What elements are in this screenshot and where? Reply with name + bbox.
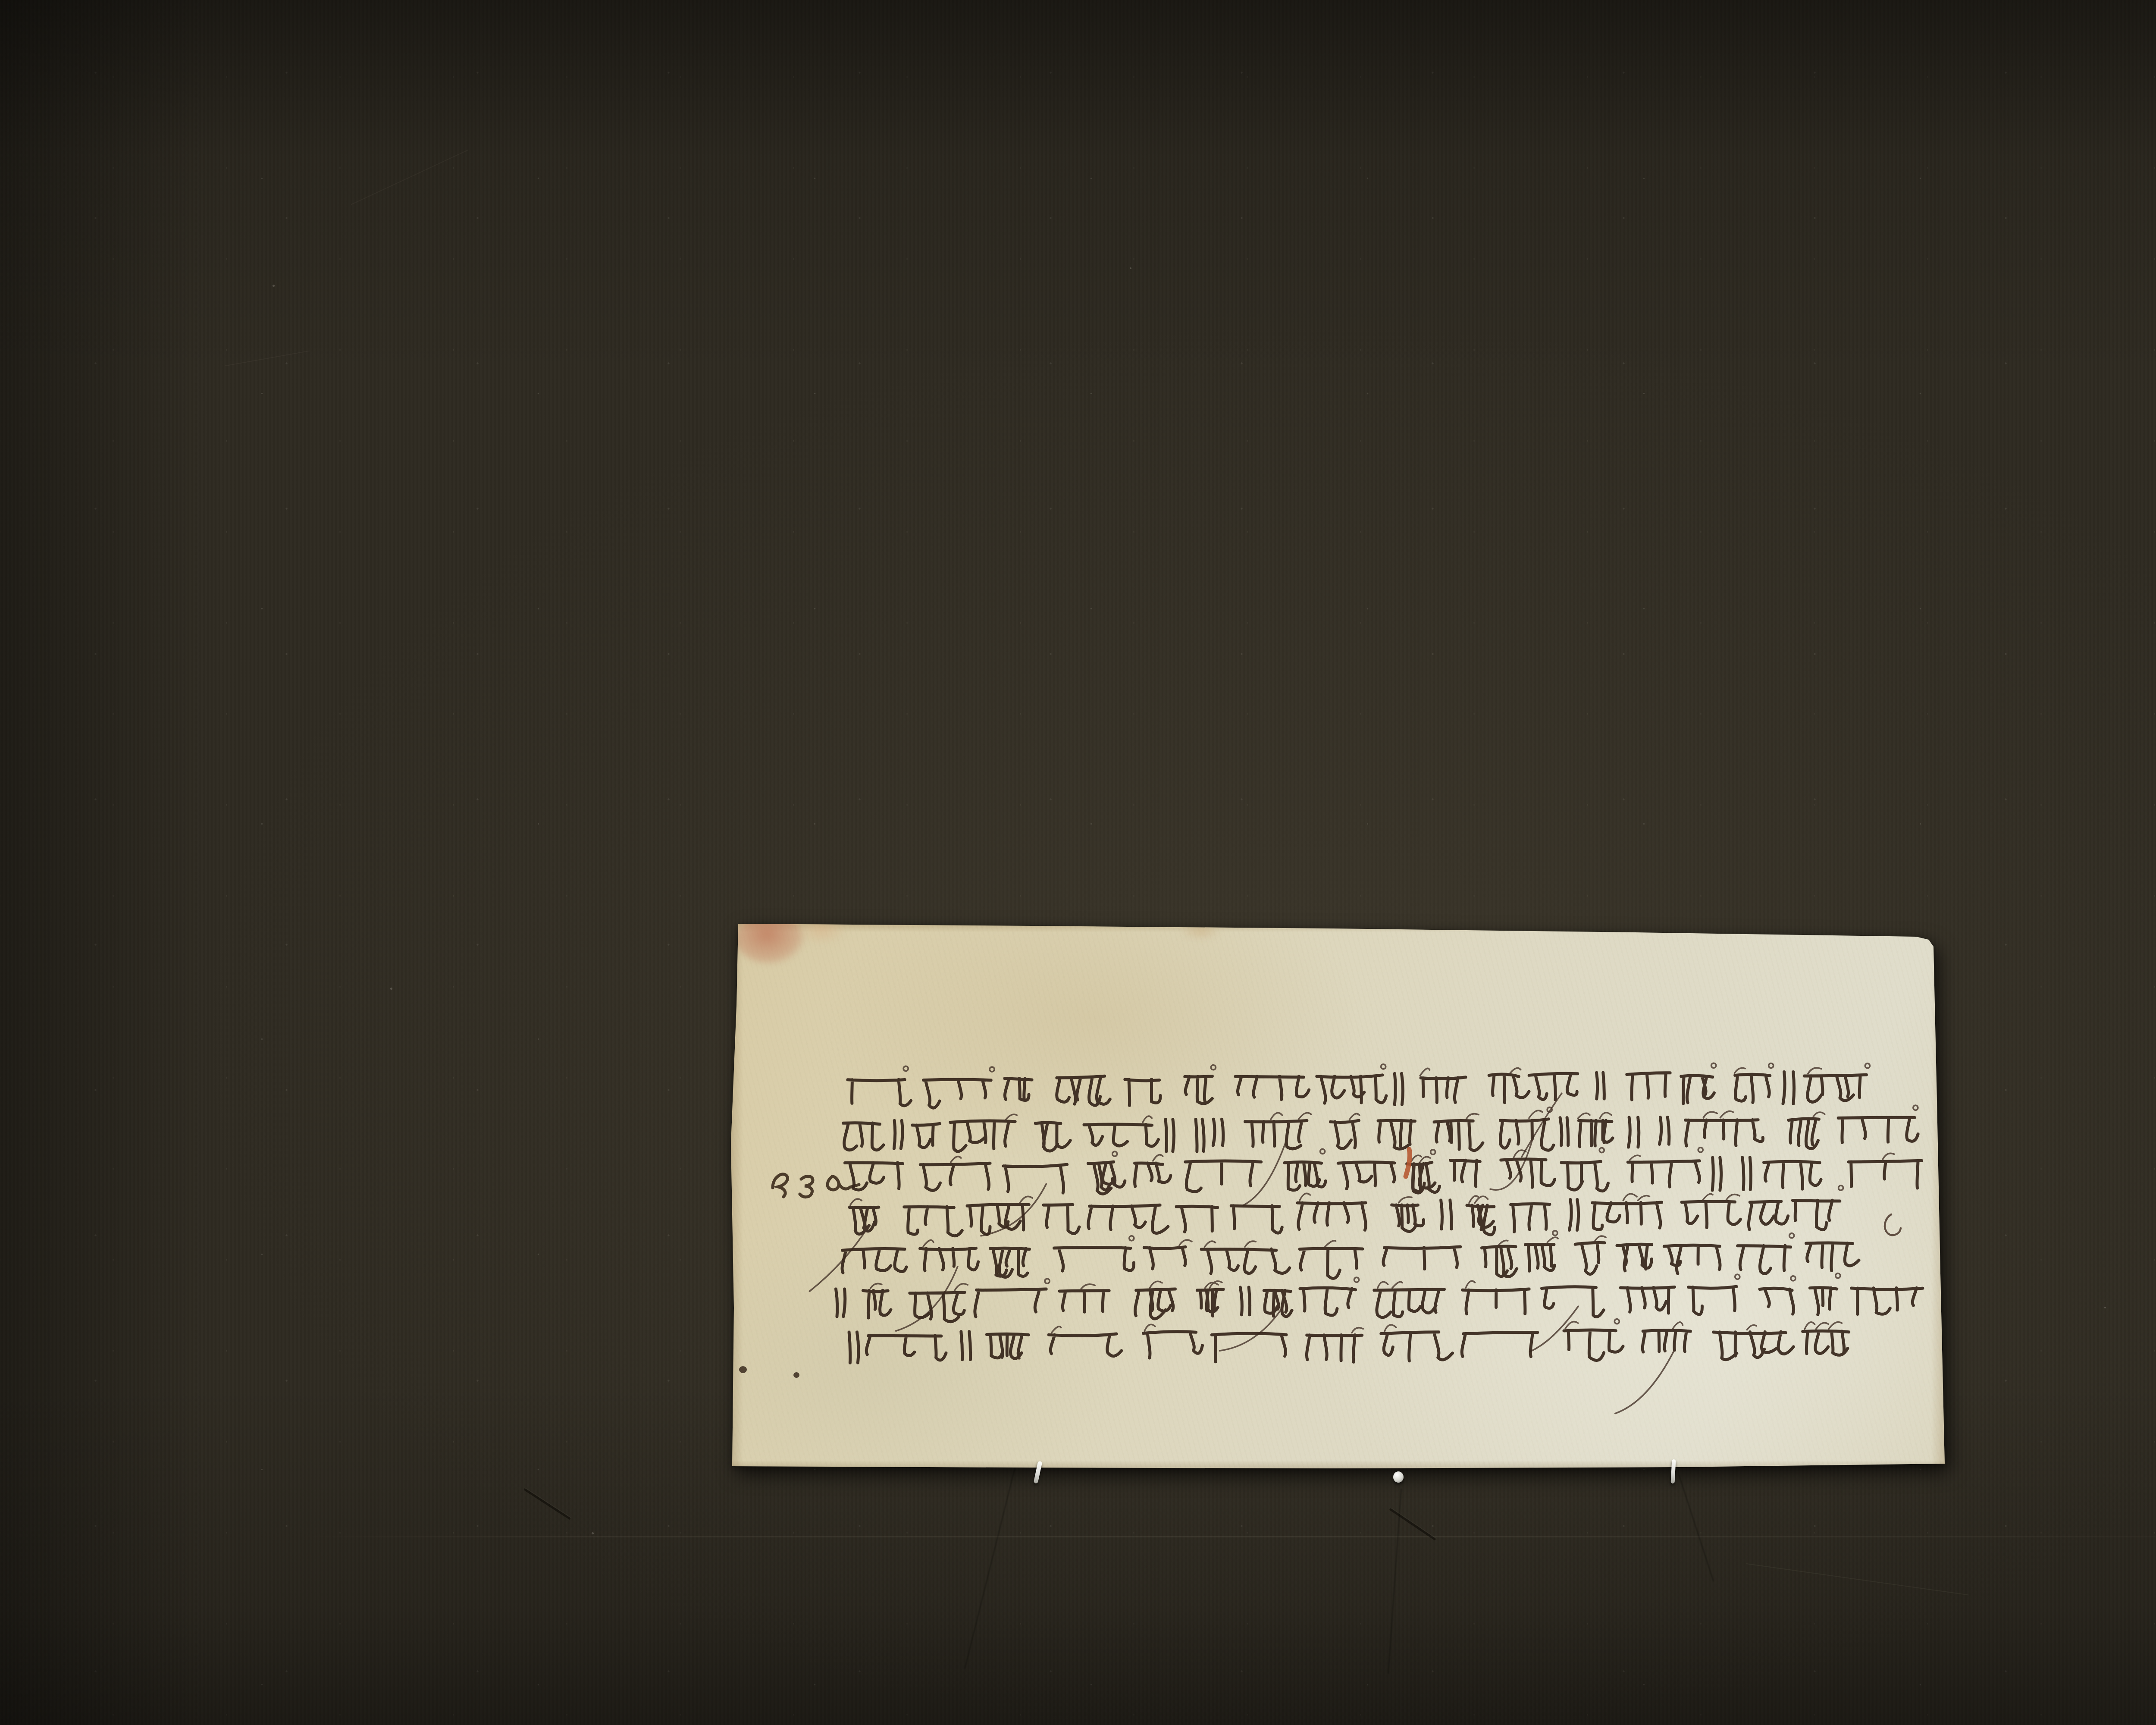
dust-speck <box>2104 1307 2106 1308</box>
ink-dot <box>739 1366 747 1373</box>
ink-dot <box>793 1372 799 1378</box>
board-seam <box>293 1536 2156 1537</box>
crease-line <box>964 1468 1015 1669</box>
crease-line <box>1746 1563 1968 1595</box>
board-scratch <box>225 351 310 367</box>
board-scratch <box>351 150 469 205</box>
manuscript-leaf: ১৩৮ সোমায ॥ সামগানাং দিকপাতমন্ত্রাঃ ॥৹॥ … <box>730 919 1946 1472</box>
dust-speck <box>273 285 275 287</box>
red-correction-mark <box>1402 1147 1413 1179</box>
stray-mark-text: ৬ <box>1878 1211 1904 1244</box>
crease-line <box>1678 1474 1714 1581</box>
photograph: ১৩৮ সোমায ॥ সামগানাং দিকপাতমন্ত্রাঃ ॥৹॥ … <box>0 0 2156 1725</box>
shadow-tick <box>523 1488 571 1520</box>
handwriting-block: সোমায ॥ সামগানাং দিকপাতমন্ত্রাঃ ॥৹॥ ওঁ এ… <box>728 917 1948 1475</box>
dust-speck <box>1130 267 1131 269</box>
crease-line <box>1388 1489 1402 1674</box>
paper-surface: ১৩৮ সোমায ॥ সামগানাং দিকপাতমন্ত্রাঃ ॥৹॥ … <box>730 919 1946 1472</box>
shadow-tick <box>1389 1508 1436 1541</box>
dust-speck <box>390 988 392 990</box>
line-text: ভুরণ্যং স্বাহা ॥৩॥ ও বেধাহি নিষ্কধীরাং ব… <box>842 1317 1877 1399</box>
pin-middle <box>1393 1471 1404 1483</box>
handwriting-line: ভুরণ্যং স্বাহা ॥৩॥ ও বেধাহি নিষ্কধীরাং ব… <box>842 1317 1877 1399</box>
stray-mark: ৬ <box>1878 1211 1904 1244</box>
dust-speck <box>592 1532 594 1534</box>
